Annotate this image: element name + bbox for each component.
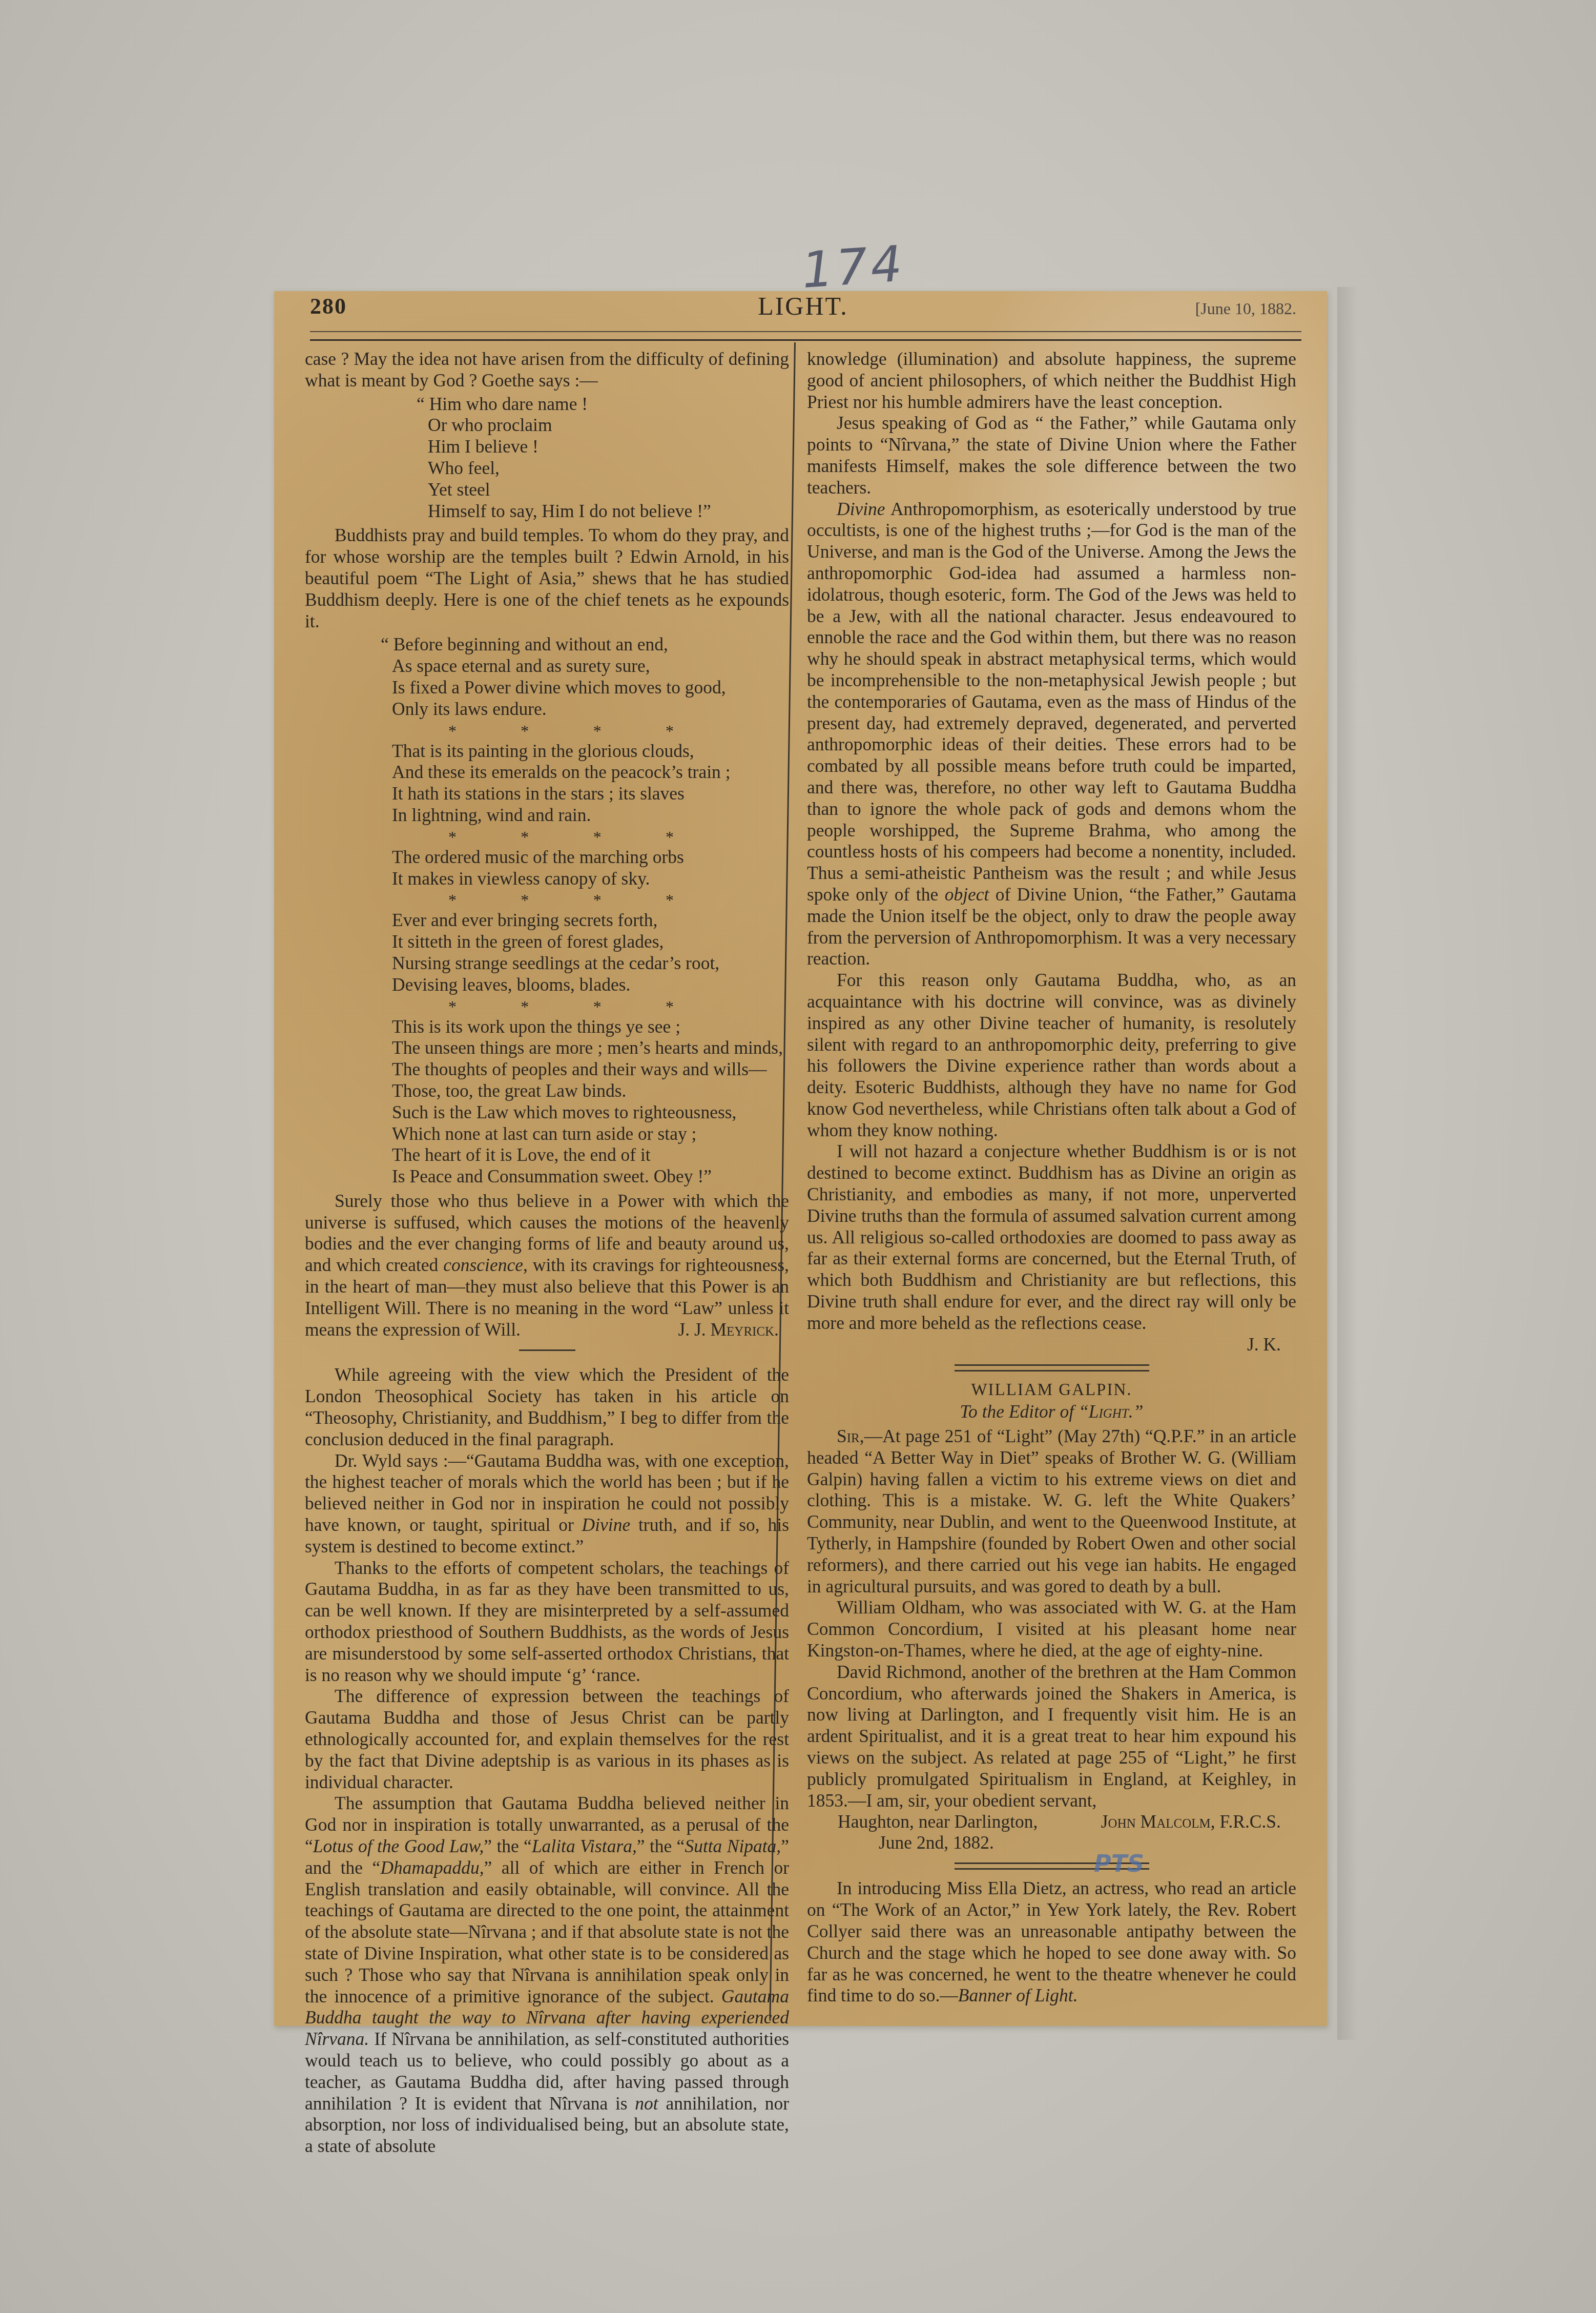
paragraph: The assumption that Gautama Buddha belie… [305,1793,789,2157]
poem-line: Only its laws endure. [392,699,789,720]
section-rule [955,1364,1149,1372]
poem-line: It hath its stations in the stars ; its … [392,783,789,805]
poem-line: In lightning, wind and rain. [392,805,789,826]
author-signature: J. J. Meyrick. [648,1319,779,1341]
paragraph: Divine Anthropomorphism, as esoterically… [807,499,1296,970]
poem-line: Devising leaves, blooms, blades. [392,974,789,996]
letter-signature: John Malcolm, F.R.C.S. [1101,1811,1281,1853]
poem-line: That is its painting in the glorious clo… [392,741,789,762]
poem-line: Or who proclaim [428,415,789,436]
left-column: case ? May the idea not have arisen from… [305,349,789,2157]
poem-line: Is Peace and Consummation sweet. Obey !” [392,1166,789,1188]
poem-line: “ Before beginning and without an end, [381,634,789,656]
article-heading: WILLIAM GALPIN. [807,1380,1296,1401]
poem-line: Nursing strange seedlings at the cedar’s… [392,953,789,974]
paragraph: The difference of expression between the… [305,1686,789,1793]
poem-line: Those, too, the great Law binds. [392,1080,789,1102]
paragraph: Dr. Wyld says :—“Gautama Buddha was, wit… [305,1450,789,1558]
issue-date: [June 10, 1882. [1195,299,1296,318]
poem-line: Ever and ever bringing secrets forth, [392,910,789,931]
paragraph: In introducing Miss Ella Dietz, an actre… [807,1878,1296,2007]
paragraph: David Richmond, another of the brethren … [807,1662,1296,1812]
poem-stanza: That is its painting in the glorious clo… [305,741,789,826]
right-column: knowledge (illumination) and absolute ha… [807,349,1296,2007]
paragraph: knowledge (illumination) and absolute ha… [807,349,1296,413]
paragraph: Buddhists pray and build temples. To who… [305,525,789,632]
letter-place: Haughton, near Darlington, June 2nd, 188… [838,1811,1038,1853]
poem-line: It makes in viewless canopy of sky. [392,868,789,890]
stanza-break: **** [448,892,674,908]
paragraph: I will not hazard a conjecture whether B… [807,1141,1296,1334]
poem-line: The ordered music of the marching orbs [392,847,789,868]
poem-line: The unseen things are more ; men’s heart… [392,1037,789,1059]
poem-line: Is fixed a Power divine which moves to g… [392,677,789,699]
article-subheading: To the Editor of “Light.” [807,1401,1296,1423]
masthead: 280 LIGHT. [June 10, 1882. [310,291,1296,326]
paragraph: William Oldham, who was associated with … [807,1597,1296,1661]
poem-line: The thoughts of peoples and their ways a… [392,1059,789,1080]
paragraph: Jesus speaking of God as “ the Father,” … [807,413,1296,498]
newspaper-clipping: 280 LIGHT. [June 10, 1882. case ? May th… [274,291,1327,2026]
masthead-rule [310,331,1301,341]
poem-stanza: The ordered music of the marching orbs I… [305,847,789,890]
paragraph: Sir,—At page 251 of “Light” (May 27th) “… [807,1426,1296,1597]
poem-line: As space eternal and as surety sure, [392,656,789,677]
poem-line: It sitteth in the green of forest glades… [392,931,789,953]
poem-line: And these its emeralds on the peacock’s … [392,762,789,783]
section-rule [519,1349,575,1351]
author-signature: J. K. [807,1334,1296,1356]
poem-line: This is its work upon the things ye see … [392,1016,789,1038]
paragraph: Surely those who thus believe in a Power… [305,1191,789,1341]
stanza-break: **** [448,999,674,1014]
paragraph: For this reason only Gautama Buddha, who… [807,970,1296,1141]
letter-date: June 2nd, 1882. [838,1832,1038,1853]
poem-line: The heart of it is Love, the end of it [392,1144,789,1166]
paragraph: Thanks to the efforts of competent schol… [305,1558,789,1686]
paragraph: While agreeing with the view which the P… [305,1364,789,1450]
poem-stanza: Ever and ever bringing secrets forth, It… [305,910,789,995]
newspaper-title: LIGHT. [310,291,1296,321]
handwritten-archive-number: 174 [800,235,907,299]
poem-line: Himself to say, Him I do not believe !” [428,501,789,522]
poem-line: Which none at last can turn aside or sta… [392,1123,789,1145]
poem-line: “ Him who dare name ! [417,394,789,415]
poem-line: Him I believe ! [428,436,789,458]
archive-stamp: PTS [1094,1853,1144,1875]
poem-light-of-asia: “ Before beginning and without an end, A… [305,634,789,720]
poem-stanza: This is its work upon the things ye see … [305,1016,789,1188]
paragraph: case ? May the idea not have arisen from… [305,349,789,392]
poem-line: Who feel, [428,458,789,479]
poem-line: Such is the Law which moves to righteous… [392,1102,789,1123]
letter-signoff: Haughton, near Darlington, June 2nd, 188… [807,1811,1296,1853]
poem-goethe: “ Him who dare name ! Or who proclaim Hi… [305,394,789,522]
stanza-break: **** [448,829,674,845]
poem-line: Yet steel [428,479,789,501]
stanza-break: **** [448,723,674,739]
board-shadow [1337,287,1358,2040]
